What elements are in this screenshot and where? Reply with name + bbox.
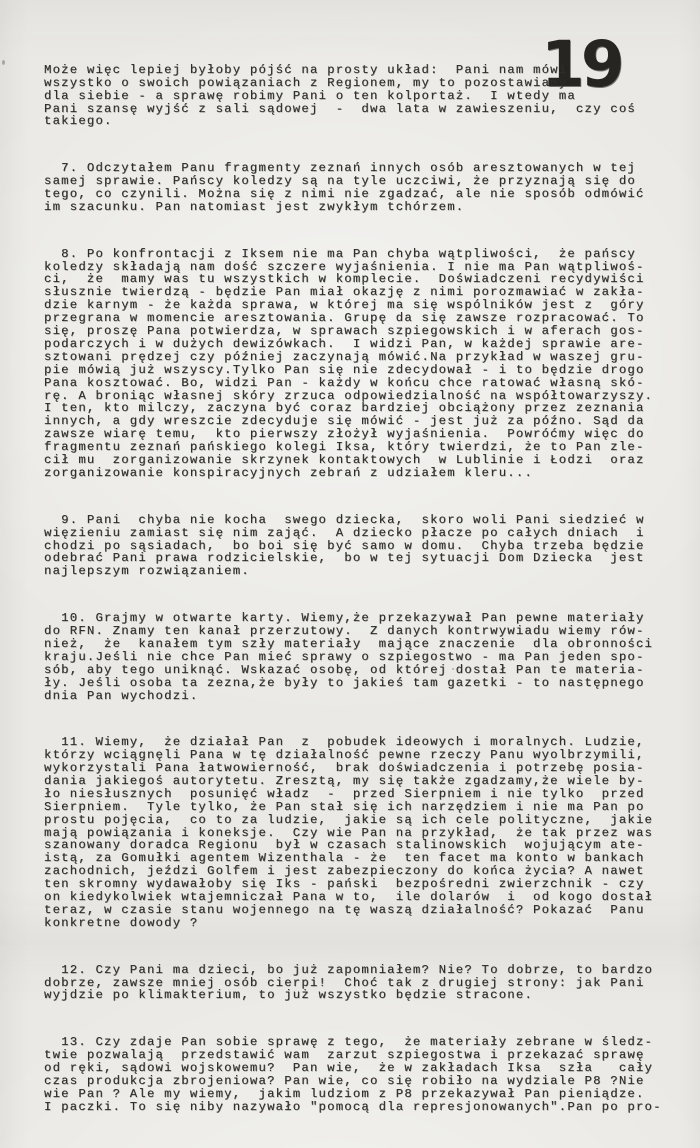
typewritten-text-block: Może więc lepiej byłoby pójść na prosty … bbox=[44, 38, 684, 945]
paragraph-8: 8. Po konfrontacji z Iksem nie ma Pan ch… bbox=[44, 248, 684, 480]
paragraph-7: 7. Odczytałem Panu fragmenty zeznań inny… bbox=[44, 162, 684, 214]
paragraph-9: 9. Pani chyba nie kocha swego dziecka, s… bbox=[44, 514, 684, 579]
document-page: 19 Może więc lepiej byłoby pójść na pros… bbox=[0, 0, 700, 945]
paragraph-10: 10. Grajmy w otwarte karty. Wiemy,że prz… bbox=[44, 612, 684, 702]
paragraph-11: 11. Wiemy, że działał Pan z pobudek ideo… bbox=[44, 736, 684, 930]
scan-speck bbox=[452, 668, 454, 670]
scan-speck bbox=[2, 60, 5, 65]
paragraph-intro: Może więc lepiej byłoby pójść na prosty … bbox=[44, 64, 684, 129]
